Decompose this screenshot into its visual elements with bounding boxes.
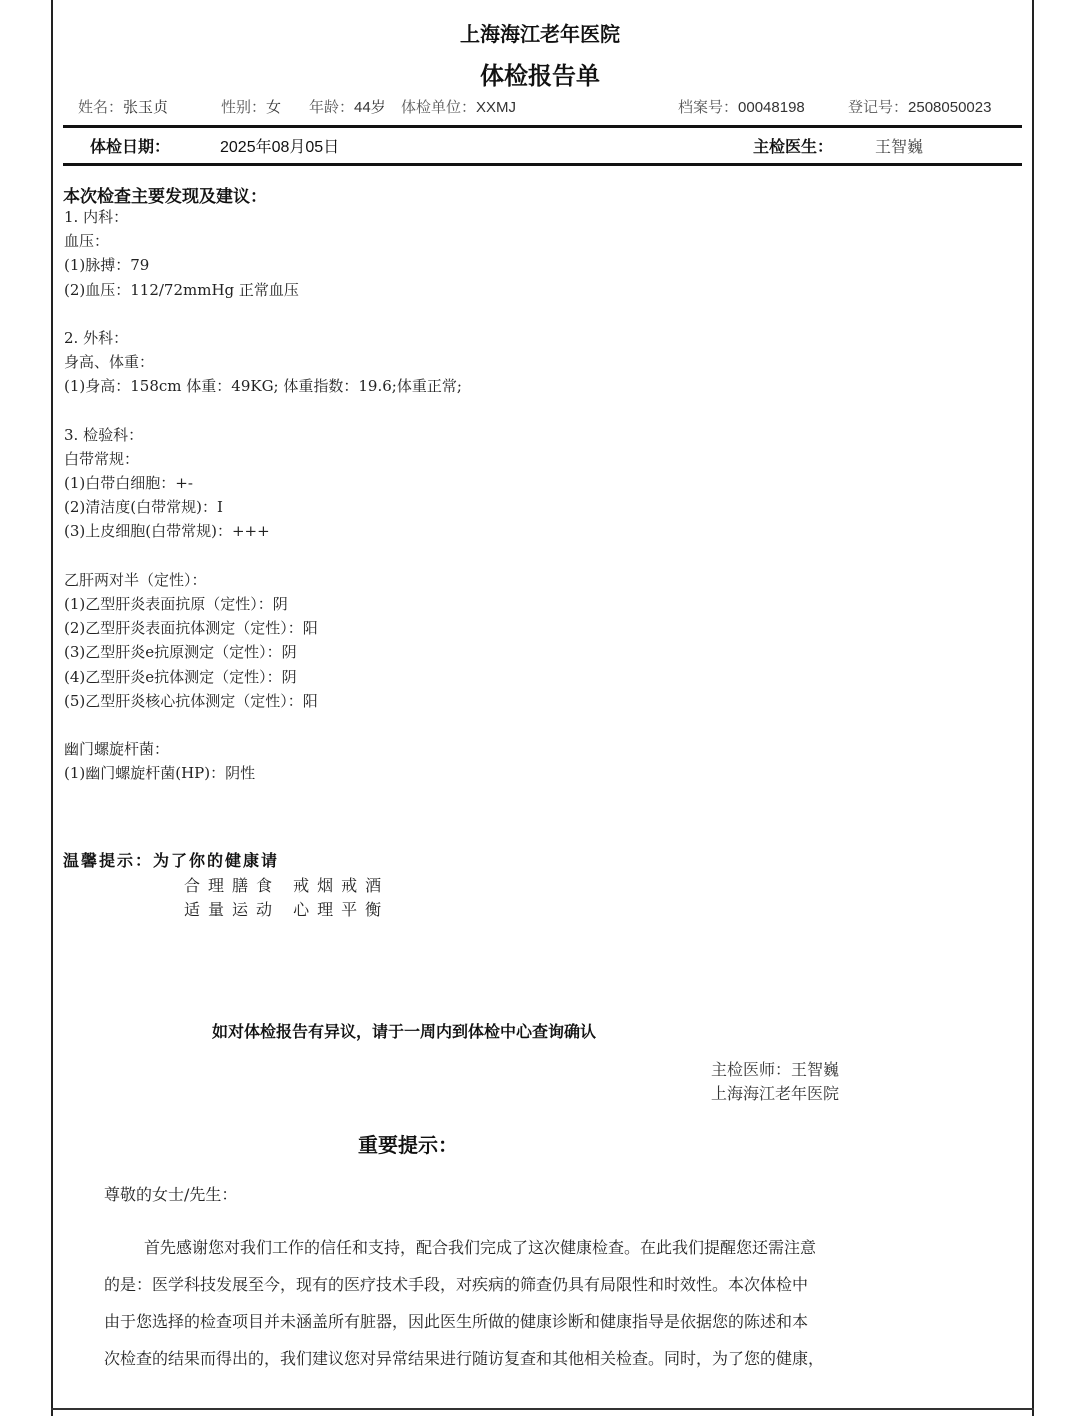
header-divider-top (63, 125, 1022, 128)
finding-line (64, 302, 462, 326)
paragraph-line: 次检查的结果而得出的，我们建议您对异常结果进行随访复查和其他相关检查。同时，为了… (104, 1340, 934, 1377)
dispute-notice: 如对体检报告有异议，请于一周内到体检中心查询确认 (212, 1019, 596, 1042)
gender-label: 性别： (221, 98, 266, 116)
exam-date-value: 2025年08月05日 (220, 134, 339, 157)
finding-line: 2. 外科： (64, 326, 462, 350)
file-number: 档案号：00048198 (678, 96, 805, 117)
patient-age: 年龄：44岁 (309, 96, 386, 117)
finding-line: (2)血压：112/72mmHg 正常血压 (64, 278, 462, 302)
file-no-value: 00048198 (738, 99, 805, 116)
chief-doctor-label: 主检医生： (753, 134, 833, 157)
finding-line: (1)身高：158cm 体重：49KG; 体重指数：19.6;体重正常; (64, 374, 462, 398)
finding-line: 乙肝两对半（定性）： (64, 568, 462, 592)
finding-line: (1)白带白细胞：+- (64, 471, 462, 495)
paragraph-line: 由于您选择的检查项目并未涵盖所有脏器，因此医生所做的健康诊断和健康指导是依据您的… (104, 1303, 934, 1340)
finding-line: (2)清洁度(白带常规)：I (64, 495, 462, 519)
important-notice-title: 重要提示： (358, 1129, 458, 1158)
hospital-name: 上海海江老年医院 (0, 18, 1080, 47)
finding-line: (4)乙型肝炎e抗体测定（定性）：阴 (64, 665, 462, 689)
reg-no-value: 2508050023 (908, 99, 991, 116)
finding-line: (5)乙型肝炎核心抗体测定（定性）：阳 (64, 689, 462, 713)
finding-line: 白带常规： (64, 447, 462, 471)
findings-title: 本次检查主要发现及建议： (63, 182, 267, 207)
finding-line: (1)幽门螺旋杆菌(HP)：阴性 (64, 761, 462, 785)
findings-list: 1. 内科： 血压： (1)脉搏：79 (2)血压：112/72mmHg 正常血… (64, 205, 462, 786)
finding-line: (2)乙型肝炎表面抗体测定（定性）：阳 (64, 616, 462, 640)
important-paragraph: 首先感谢您对我们工作的信任和支持，配合我们完成了这次健康检查。在此我们提醒您还需… (104, 1229, 934, 1377)
gender-value: 女 (266, 98, 281, 116)
registration-number: 登记号：2508050023 (848, 96, 991, 117)
age-value: 44岁 (354, 99, 386, 116)
age-label: 年龄： (309, 98, 354, 116)
page-bottom-divider (51, 1408, 1034, 1410)
patient-name: 姓名：张玉贞 (78, 96, 168, 117)
finding-line: 1. 内科： (64, 205, 462, 229)
unit-label: 体检单位： (401, 98, 476, 116)
chief-doctor-value: 王智巍 (875, 134, 923, 157)
paragraph-line: 的是：医学科技发展至今，现有的医疗技术手段，对疾病的筛查仍具有局限性和时效性。本… (104, 1266, 934, 1303)
patient-gender: 性别：女 (221, 96, 281, 117)
name-value: 张玉贞 (123, 98, 168, 116)
finding-line: 3. 检验科： (64, 423, 462, 447)
finding-line: (3)上皮细胞(白带常规)：+++ (64, 519, 462, 543)
health-tips-line-2: 适量运动 心理平衡 (184, 897, 389, 920)
finding-line: 幽门螺旋杆菌： (64, 737, 462, 761)
finding-line: 血压： (64, 229, 462, 253)
greeting: 尊敬的女士/先生： (104, 1182, 237, 1205)
paragraph-line: 首先感谢您对我们工作的信任和支持，配合我们完成了这次健康检查。在此我们提醒您还需… (104, 1229, 934, 1266)
signature-hospital: 上海海江老年医院 (711, 1081, 839, 1104)
patient-unit: 体检单位：XXMJ (401, 96, 516, 117)
signature-doctor: 主检医师：王智巍 (711, 1057, 839, 1080)
health-tips-line-1: 合理膳食 戒烟戒酒 (184, 873, 389, 896)
finding-line: (1)脉搏：79 (64, 253, 462, 277)
header-divider-bottom (63, 163, 1022, 166)
file-no-label: 档案号： (678, 98, 738, 116)
finding-line (64, 544, 462, 568)
exam-date-label: 体检日期： (90, 134, 170, 157)
unit-value: XXMJ (476, 99, 516, 116)
report-title: 体检报告单 (0, 56, 1080, 91)
health-tips-title: 温馨提示：为了你的健康请 (63, 848, 279, 871)
reg-no-label: 登记号： (848, 98, 908, 116)
finding-line: (3)乙型肝炎e抗原测定（定性）：阴 (64, 640, 462, 664)
finding-line (64, 399, 462, 423)
finding-line: (1)乙型肝炎表面抗原（定性）：阴 (64, 592, 462, 616)
finding-line (64, 713, 462, 737)
name-label: 姓名： (78, 98, 123, 116)
finding-line: 身高、体重： (64, 350, 462, 374)
